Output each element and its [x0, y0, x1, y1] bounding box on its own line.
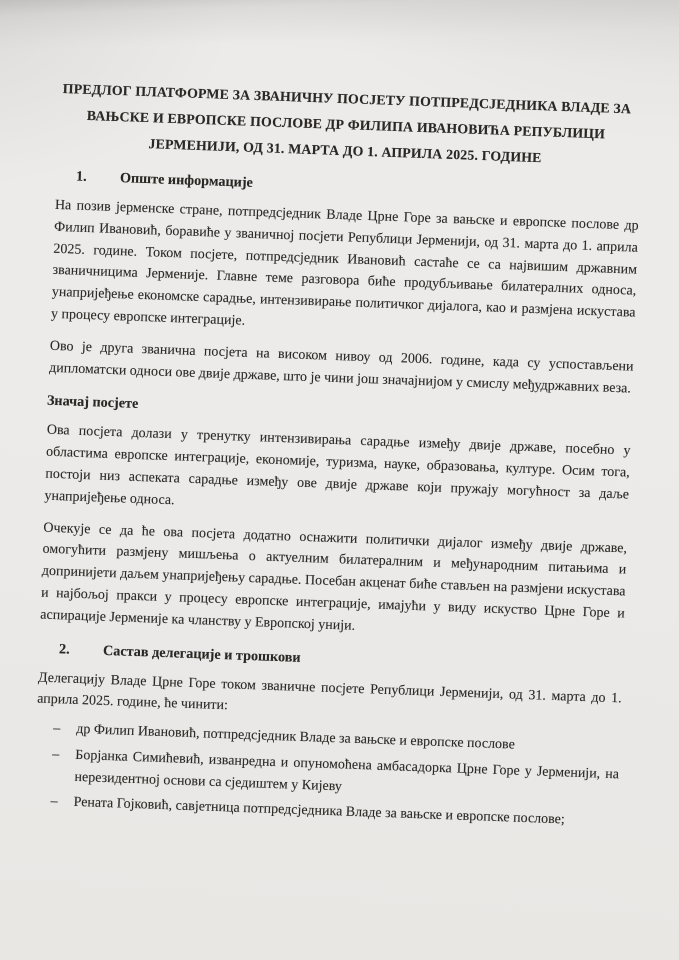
scanned-document-page: ПРЕДЛОГ ПЛАТФОРМЕ ЗА ЗВАНИЧНУ ПОСЈЕТУ ПО…: [0, 0, 679, 960]
document-title: ПРЕДЛОГ ПЛАТФОРМЕ ЗА ЗВАНИЧНУ ПОСЈЕТУ ПО…: [33, 75, 659, 175]
paragraph-invitation: На позив јерменске стране, потпредсједни…: [27, 194, 655, 347]
section-title: Састав делегације и трошкови: [103, 639, 301, 668]
section-number: 1.: [76, 166, 121, 190]
dash-marker: –: [50, 791, 58, 814]
paragraph-expectations: Очекује се да ће ова посјета додатно осн…: [16, 516, 643, 647]
dash-marker: –: [53, 718, 61, 741]
section-number: 2.: [59, 638, 104, 662]
section-title: Опште информације: [120, 167, 254, 194]
dash-marker: –: [52, 744, 60, 767]
paragraph-second-visit: Ово је друга званична посјета на високом…: [25, 335, 650, 401]
delegation-list: – др Филип Ивановић, потпредсједник Влад…: [9, 717, 636, 835]
document-sheet: ПРЕДЛОГ ПЛАТФОРМЕ ЗА ЗВАНИЧНУ ПОСЈЕТУ ПО…: [9, 51, 660, 835]
paragraph-cooperation-areas: Ова посјета долази у тренутку интензивир…: [20, 419, 647, 528]
